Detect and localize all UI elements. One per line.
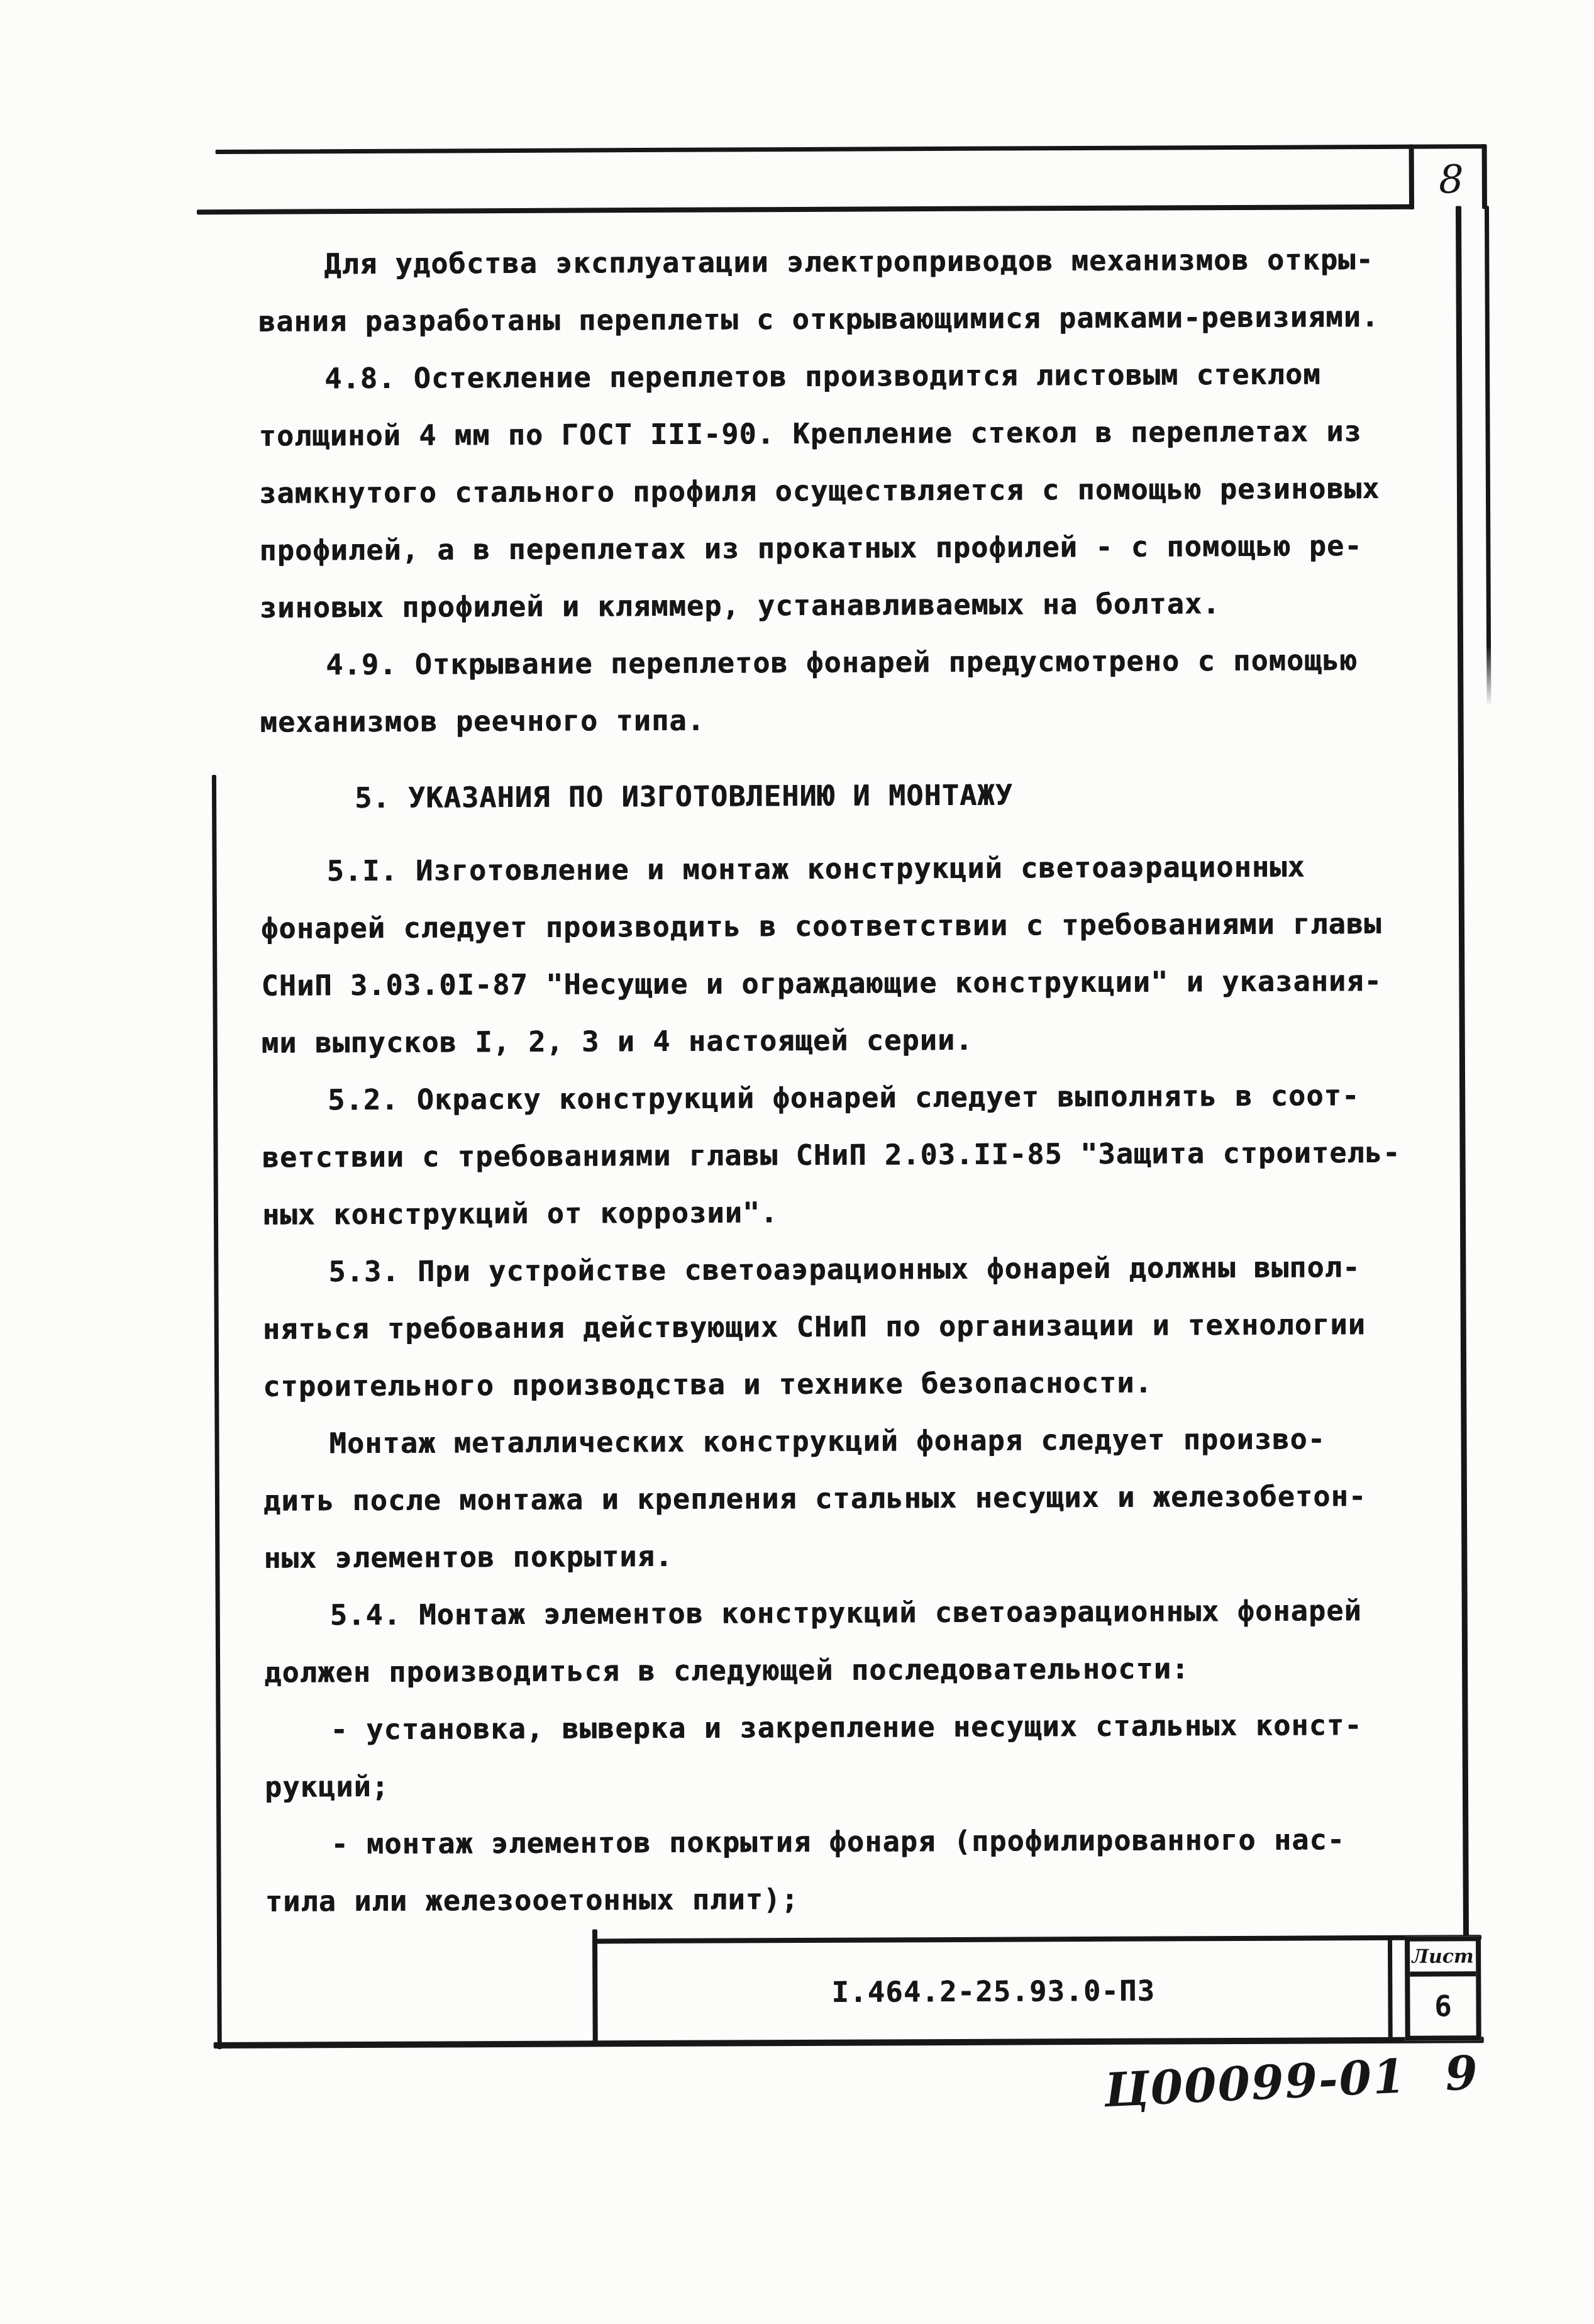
text-line: ных конструкций от коррозии". [262, 1181, 1400, 1243]
document-designation: I.464.2-25.93.0-ПЗ [599, 1940, 1388, 2042]
title-block-left-line [592, 1929, 598, 2045]
top-band-upper-line [216, 144, 1486, 154]
text-line: Монтаж металлических конструкций фонаря … [263, 1410, 1401, 1472]
inventory-number: Ц00099-01 [1103, 2049, 1407, 2118]
text-line: ветствии с требованиями главы СНиП 2.03.… [262, 1124, 1400, 1186]
sheet-number: 6 [1410, 1976, 1476, 2035]
scanned-document-page: 8 Для удобства эксплуатации электроприво… [0, 0, 1594, 2324]
list-item-line: - установка, выверка и закрепление несущ… [264, 1696, 1402, 1759]
text-line: 5.4. Монтаж элементов конструкций светоа… [264, 1582, 1402, 1644]
title-block-divider-line [1388, 1935, 1393, 2042]
handwritten-inventory-note: Ц00099-019 [1103, 2048, 1432, 2118]
sheet-number-box: Лист 6 [1405, 1936, 1481, 2041]
text-line: толщиной 4 мм по ГОСТ III-90. Крепление … [258, 403, 1397, 465]
text-line: 4.8. Остекление переплетов производится … [258, 345, 1397, 408]
page-number-cell-left-line [1409, 145, 1414, 209]
text-line: ных элементов покрытия. [263, 1525, 1402, 1587]
text-line: 5.I. Изготовление и монтаж конструкций с… [260, 838, 1398, 900]
text-line: механизмов реечного типа. [260, 689, 1398, 751]
text-line: зиновых профилей и кляммер, устанавливае… [260, 574, 1398, 637]
text-line: Для удобства эксплуатации электроприводо… [258, 231, 1396, 293]
text-line: фонарей следует производить в соответств… [261, 895, 1399, 957]
text-line: СНиП 3.03.0I-87 "Несущие и ограждающие к… [261, 952, 1399, 1015]
sheet-label: Лист [1410, 1941, 1476, 1976]
text-line: ми выпусков I, 2, 3 и 4 настоящей серии. [262, 1009, 1400, 1072]
text-line: тила или железооетонных плит); [265, 1868, 1403, 1930]
text-line: 5.2. Окраску конструкций фонарей следует… [262, 1067, 1400, 1129]
text-line: профилей, а в переплетах из прокатных пр… [259, 517, 1397, 579]
text-line: дить после монтажа и крепления стальных … [263, 1467, 1402, 1530]
text-line: вания разработаны переплеты с открывающи… [258, 288, 1397, 350]
handwritten-page-number: 9 [1444, 2046, 1480, 2101]
text-line: 5.3. При устройстве светоаэрационных фон… [262, 1238, 1400, 1301]
text-line: строительного производства и технике без… [263, 1353, 1401, 1415]
list-item-line: - монтаж элементов покрытия фонаря (проф… [265, 1811, 1403, 1873]
left-border-line [212, 775, 222, 2049]
scan-sheet: 8 Для удобства эксплуатации электроприво… [0, 0, 1594, 2324]
text-line: 4.9. Открывание переплетов фонарей преду… [260, 631, 1398, 694]
document-body-text: Для удобства эксплуатации электроприводо… [258, 231, 1403, 1930]
text-line: должен производиться в следующей последо… [264, 1639, 1402, 1701]
right-outer-border-line [1485, 206, 1491, 706]
text-line: рукций; [265, 1754, 1403, 1816]
text-line: замкнутого стального профиля осуществляе… [259, 460, 1397, 522]
top-band-lower-line [197, 204, 1414, 214]
page-number: 8 [1419, 155, 1483, 206]
text-line: няться требования действующих СНиП по ор… [263, 1296, 1401, 1358]
right-inner-border-line [1456, 206, 1469, 2042]
section-heading: 5. УКАЗАНИЯ ПО ИЗГОТОВЛЕНИЮ И МОНТАЖУ [260, 765, 1398, 827]
